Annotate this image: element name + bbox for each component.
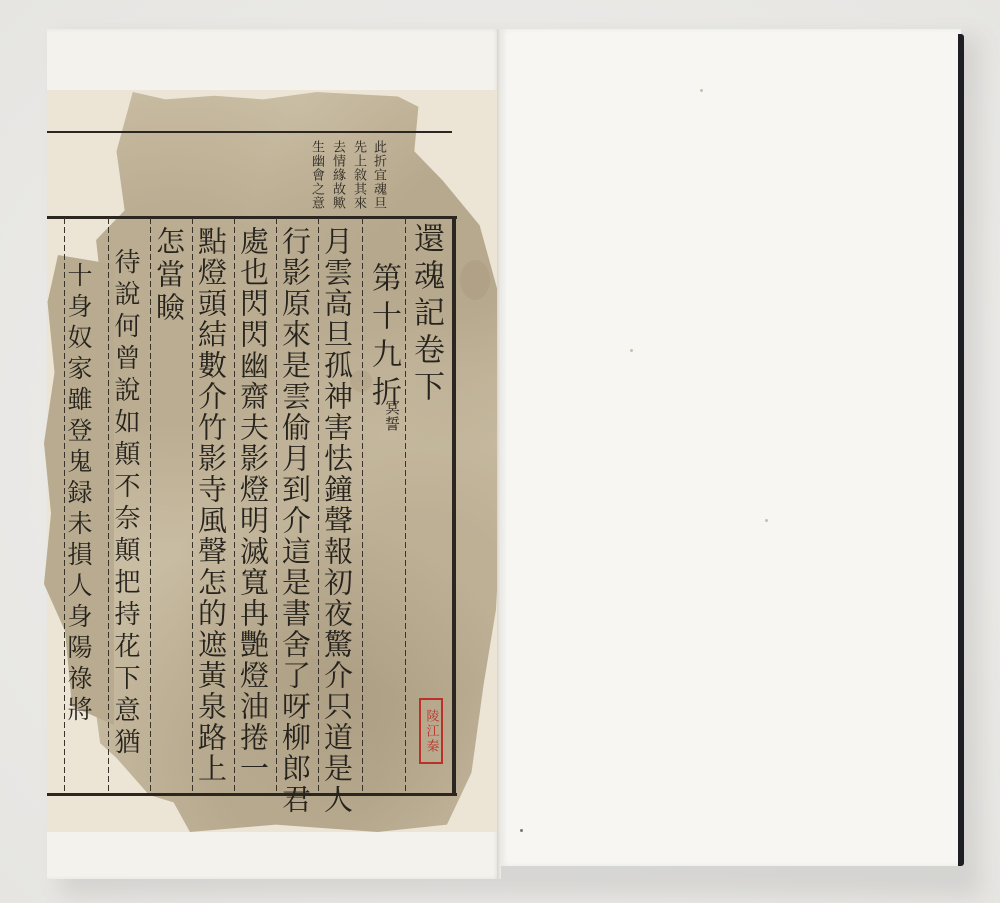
text-column-1: 月雲高旦孤神害怯鐘聲報初夜驚介只道是人	[322, 226, 351, 815]
chapter-subtitle: 冥誓	[384, 400, 399, 432]
column-divider	[150, 218, 151, 793]
frame-rule-right	[452, 216, 456, 796]
text-column-5: 怎當瞼	[154, 226, 183, 325]
right-page	[500, 29, 961, 866]
column-divider	[405, 218, 406, 793]
column-divider	[234, 218, 235, 793]
headnote-line: 生幽會之意	[310, 140, 323, 210]
column-divider	[108, 218, 109, 793]
paper-fleck	[700, 89, 703, 92]
book-gutter	[497, 29, 501, 879]
column-divider	[192, 218, 193, 793]
stain	[460, 260, 490, 300]
frame-rule-top-outer	[47, 131, 452, 133]
text-column-6: 待說何曾說如顛不奈顛把持花下意猶	[112, 248, 138, 760]
column-divider	[318, 218, 319, 793]
paper-fleck	[630, 349, 633, 352]
chapter-heading: 第十九折	[368, 262, 398, 414]
paper-fleck	[765, 519, 768, 522]
book-spine-edge	[958, 34, 964, 866]
headnote-line: 先上敘其來	[352, 140, 365, 210]
text-column-2: 行影原來是雲偷月到介這是書舍了呀柳郎君	[280, 226, 309, 815]
text-column-3: 處也閃閃幽齋夫影燈明滅寬冉艷燈油捲一	[238, 226, 267, 784]
paper-fleck	[520, 829, 523, 832]
headnote-line: 去情緣故歟	[331, 140, 344, 210]
text-column-4: 點燈頭結數介竹影寺風聲怎的遮黃泉路上	[196, 226, 225, 784]
frame-rule-bottom	[47, 793, 457, 796]
collector-seal: 陵江秦	[419, 698, 443, 764]
column-divider	[362, 218, 363, 793]
column-divider	[276, 218, 277, 793]
text-column-7: 十身奴家雖登鬼録未損人身陽祿將	[66, 262, 91, 727]
headnote-line: 此折宜魂旦	[372, 140, 385, 210]
volume-title: 還魂記卷下	[410, 222, 441, 407]
